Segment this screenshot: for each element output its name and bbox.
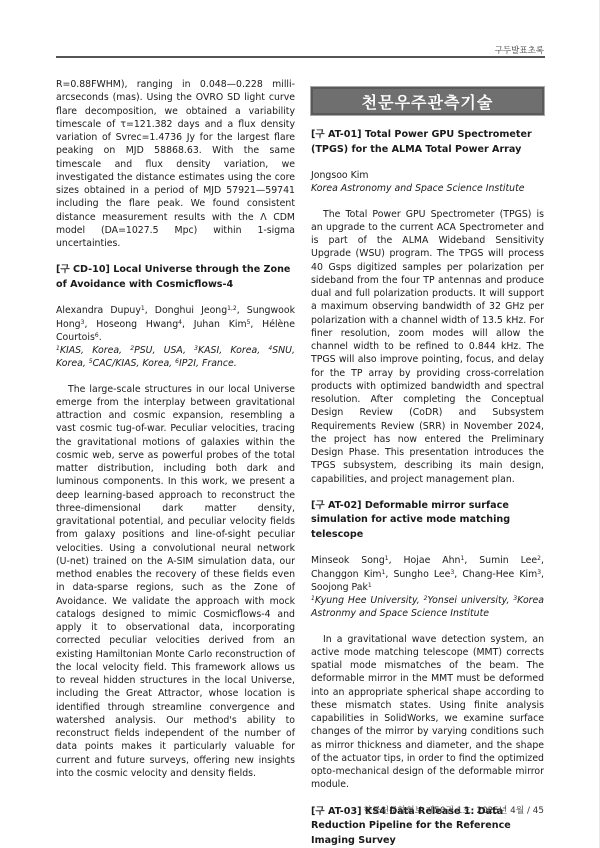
author-name: Chang-Hee Kim <box>462 569 537 580</box>
affiliation-at01: Korea Astronomy and Space Science Instit… <box>311 182 544 195</box>
author-sup: 1 <box>368 582 372 589</box>
author-name: Juhan Kim <box>194 319 247 330</box>
section-heading: 천문우주관측기술 <box>311 87 544 115</box>
author-sup: 3 <box>450 569 454 576</box>
affiliation: PSU, USA <box>134 345 183 356</box>
abstract-title-at01: [구 AT-01] Total Power GPU Spectrometer (… <box>311 128 544 157</box>
affiliation-list-cd10: 1KIAS, Korea, 2PSU, USA, 3KASI, Korea, 4… <box>56 344 295 371</box>
affiliation: CAC/KIAS, Korea <box>93 358 170 369</box>
author-list-at01: Jongsoo Kim <box>311 169 544 182</box>
continued-abstract-text: R=0.88FWHM), ranging in 0.048—0.228 mill… <box>56 78 295 250</box>
author-sup: 6 <box>95 332 99 339</box>
author-name: Alexandra Dupuy <box>56 305 141 316</box>
author-sup: 3 <box>537 569 541 576</box>
author-name: Hojae Ahn <box>404 555 461 566</box>
author-sup: 5 <box>247 319 251 326</box>
author-sup: 1 <box>382 569 386 576</box>
author-sup: 1 <box>385 555 389 562</box>
author-sup: 2 <box>537 555 541 562</box>
running-head: 구두발표초록 <box>56 44 544 56</box>
author-list-at02: Minseok Song1, Hojae Ahn1, Sumin Lee2, C… <box>311 554 544 594</box>
author-list-cd10: Alexandra Dupuy1, Donghui Jeong1,2, Sung… <box>56 304 295 344</box>
author-sup: 1 <box>141 305 145 312</box>
affiliation: IP2I, France. <box>179 358 237 369</box>
left-column: R=0.88FWHM), ranging in 0.048—0.228 mill… <box>56 78 295 780</box>
author-sup: 1,2 <box>227 305 237 312</box>
journal-page: 구두발표초록 R=0.88FWHM), ranging in 0.048—0.2… <box>0 0 600 848</box>
affiliation: KIAS, Korea <box>60 345 119 356</box>
abstract-body-at02: In a gravitational wave detection system… <box>311 633 544 792</box>
page-footer-citation: 한국천문학회보 제50권 1호, 2025년 4월 / 45 <box>300 803 544 816</box>
author-name: Sungho Lee <box>393 569 450 580</box>
affiliation: Kyung Hee University <box>315 595 417 606</box>
author-sup: 4 <box>178 319 182 326</box>
abstract-title-at02: [구 AT-02] Deformable mirror surface simu… <box>311 499 544 543</box>
affiliation-list-at02: 1Kyung Hee University, 2Yonsei universit… <box>311 594 544 621</box>
affiliation: Yonsei university <box>428 595 507 606</box>
author-sup: 3 <box>81 319 85 326</box>
author-name: Hoseong Hwang <box>96 319 178 330</box>
author-name: Sumin Lee <box>479 555 537 566</box>
affiliation: KASI, Korea <box>198 345 257 356</box>
right-column: 천문우주관측기술 [구 AT-01] Total Power GPU Spect… <box>311 78 544 848</box>
header-rule <box>56 56 545 58</box>
abstract-body-cd10: The large-scale structures in our local … <box>56 383 295 781</box>
abstract-title-cd10: [구 CD-10] Local Universe through the Zon… <box>56 263 295 292</box>
author-name: Changgon Kim <box>311 569 382 580</box>
abstract-body-at01: The Total Power GPU Spectrometer (TPGS) … <box>311 208 544 486</box>
author-name: Minseok Song <box>311 555 385 566</box>
author-name: Soojong Pak <box>311 582 368 593</box>
author-sup: 1 <box>460 555 464 562</box>
author-name: Donghui Jeong <box>155 305 227 316</box>
